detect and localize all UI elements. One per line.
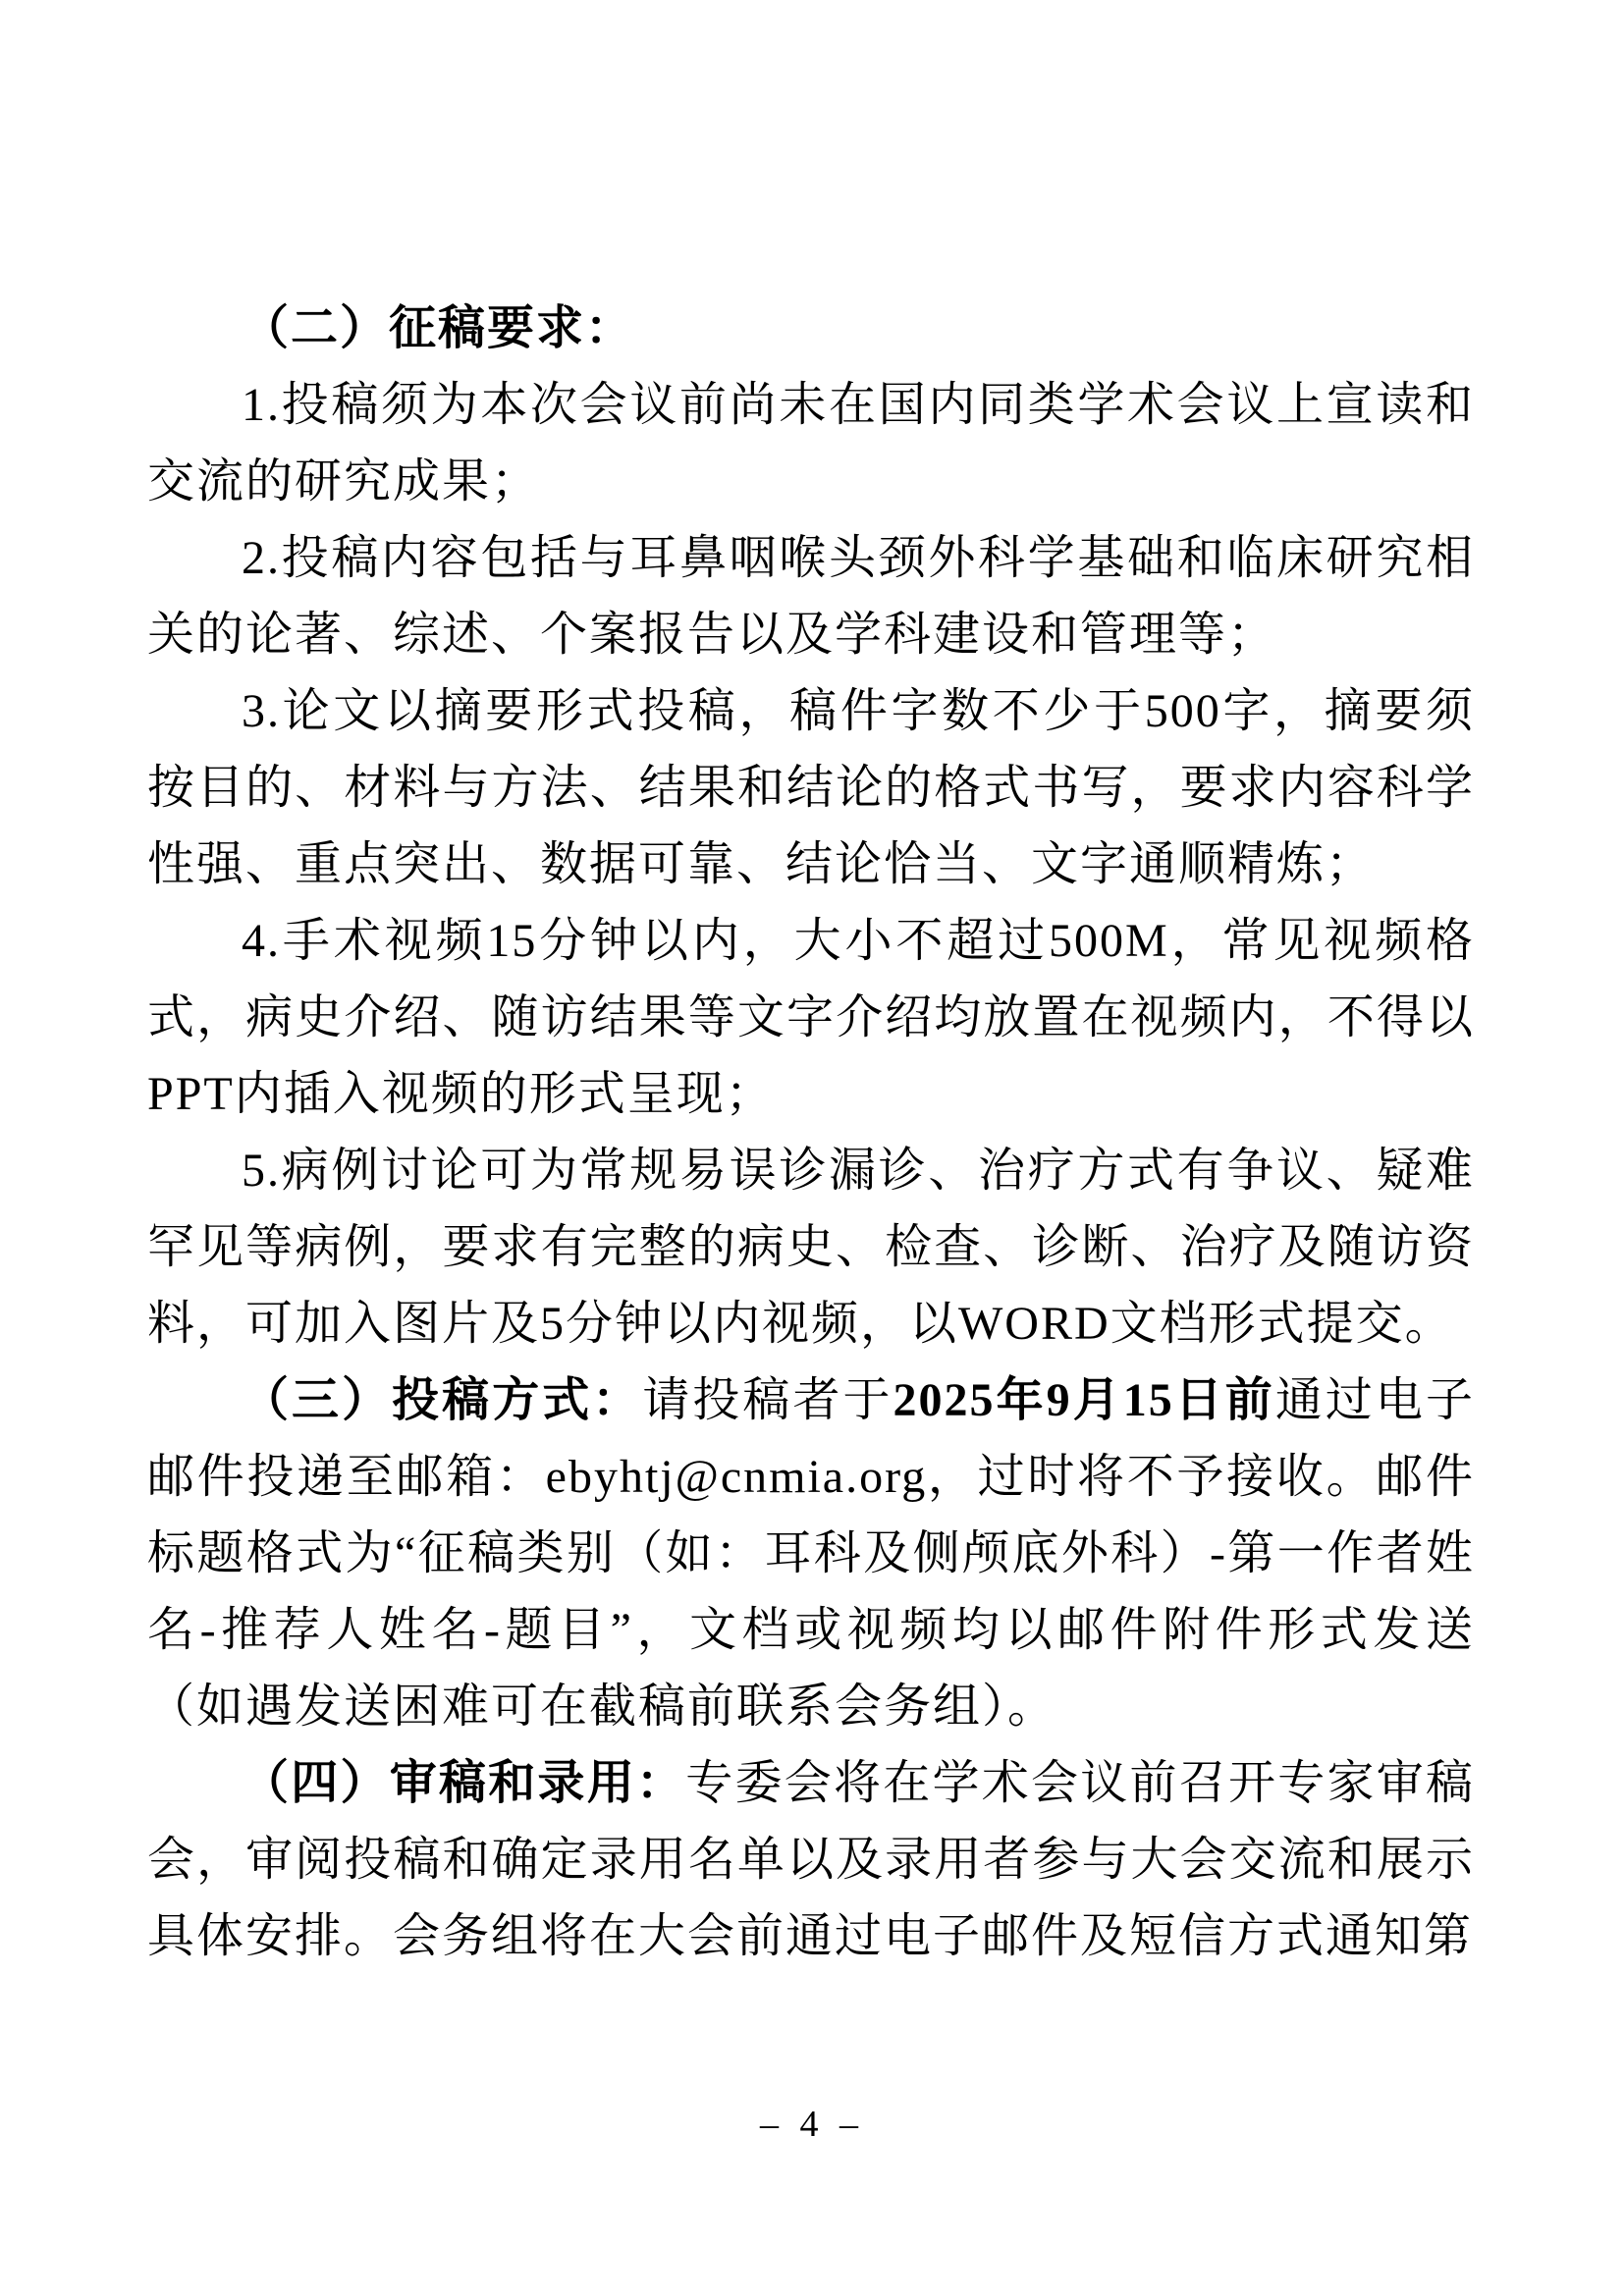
list-item-2: 2.投稿内容包括与耳鼻咽喉头颈外科学基础和临床研究相关的论著、综述、个案报告以及… bbox=[147, 520, 1475, 673]
inline-heading: （三）投稿方式： bbox=[242, 1374, 642, 1426]
page-number: – 4 – bbox=[760, 2104, 864, 2145]
text-run: 1.投稿须为本次会议前尚未在国内同类学术会议上宣读和交流的研究成果； bbox=[147, 379, 1475, 507]
text-run: 2.投稿内容包括与耳鼻咽喉头颈外科学基础和临床研究相关的论著、综述、个案报告以及… bbox=[147, 532, 1475, 661]
list-item-4: 4.手术视频15分钟以内，大小不超过500M，常见视频格式，病史介绍、随访结果等… bbox=[147, 903, 1475, 1133]
list-item-1: 1.投稿须为本次会议前尚未在国内同类学术会议上宣读和交流的研究成果； bbox=[147, 367, 1475, 520]
paragraph-review-acceptance: （四）审稿和录用：专委会将在学术会议前召开专家审稿会，审阅投稿和确定录用名单以及… bbox=[147, 1745, 1475, 1975]
section-heading-2: （二）征稿要求： bbox=[147, 291, 1475, 367]
heading-text: （二）征稿要求： bbox=[242, 302, 634, 354]
paragraph-submission-method: （三）投稿方式：请投稿者于2025年9月15日前通过电子邮件投递至邮箱：ebyh… bbox=[147, 1362, 1475, 1745]
text-run: 通过电子邮件投递至邮箱：ebyhtj@cnmia.org，过时将不予接收。邮件标… bbox=[147, 1374, 1475, 1733]
deadline-date: 2025年9月15日前 bbox=[893, 1374, 1275, 1426]
document-page: （二）征稿要求： 1.投稿须为本次会议前尚未在国内同类学术会议上宣读和交流的研究… bbox=[0, 0, 1624, 2296]
text-run: 3.论文以摘要形式投稿，稿件字数不少于500字，摘要须按目的、材料与方法、结果和… bbox=[147, 685, 1475, 890]
inline-heading: （四）审稿和录用： bbox=[242, 1757, 685, 1809]
text-run: 请投稿者于 bbox=[642, 1374, 893, 1426]
list-item-5: 5.病例讨论可为常规易误诊漏诊、治疗方式有争议、疑难罕见等病例，要求有完整的病史… bbox=[147, 1133, 1475, 1362]
text-run: 5.病例讨论可为常规易误诊漏诊、治疗方式有争议、疑难罕见等病例，要求有完整的病史… bbox=[147, 1145, 1475, 1350]
page-footer: – 4 – bbox=[0, 2101, 1624, 2148]
document-body: （二）征稿要求： 1.投稿须为本次会议前尚未在国内同类学术会议上宣读和交流的研究… bbox=[147, 291, 1475, 1975]
list-item-3: 3.论文以摘要形式投稿，稿件字数不少于500字，摘要须按目的、材料与方法、结果和… bbox=[147, 673, 1475, 903]
text-run: 4.手术视频15分钟以内，大小不超过500M，常见视频格式，病史介绍、随访结果等… bbox=[147, 915, 1475, 1120]
